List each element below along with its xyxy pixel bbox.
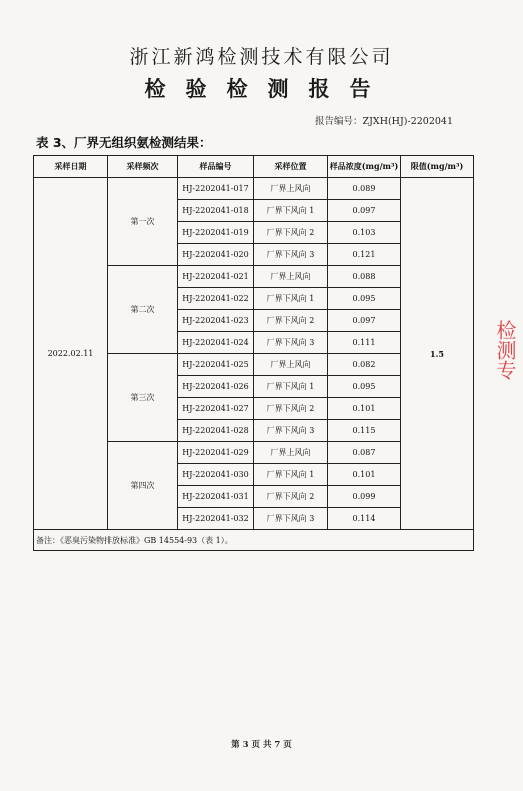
- location-cell: 厂界下风向 1: [254, 288, 328, 310]
- sample-id-cell: HJ-2202041-027: [178, 398, 254, 420]
- sampling-frequency-cell: 第二次: [108, 266, 178, 354]
- sampling-frequency-cell: 第一次: [108, 178, 178, 266]
- header-sample-id: 样品编号: [178, 156, 254, 178]
- concentration-cell: 0.095: [328, 288, 401, 310]
- header-sampling-date: 采样日期: [34, 156, 108, 178]
- location-cell: 厂界上风向: [254, 354, 328, 376]
- sample-id-cell: HJ-2202041-023: [178, 310, 254, 332]
- sample-id-cell: HJ-2202041-028: [178, 420, 254, 442]
- concentration-cell: 0.089: [328, 178, 401, 200]
- concentration-cell: 0.099: [328, 486, 401, 508]
- sample-id-cell: HJ-2202041-029: [178, 442, 254, 464]
- location-cell: 厂界下风向 2: [254, 486, 328, 508]
- sampling-frequency-cell: 第四次: [108, 442, 178, 530]
- concentration-cell: 0.121: [328, 244, 401, 266]
- sample-id-cell: HJ-2202041-021: [178, 266, 254, 288]
- location-cell: 厂界下风向 2: [254, 310, 328, 332]
- location-cell: 厂界上风向: [254, 178, 328, 200]
- sample-id-cell: HJ-2202041-025: [178, 354, 254, 376]
- sample-id-cell: HJ-2202041-024: [178, 332, 254, 354]
- sample-id-cell: HJ-2202041-032: [178, 508, 254, 530]
- table-note: 备注：《恶臭污染物排放标准》GB 14554-93（表 1）。: [34, 530, 474, 551]
- header-concentration: 样品浓度(mg/m³): [328, 156, 401, 178]
- sample-id-cell: HJ-2202041-018: [178, 200, 254, 222]
- ammonia-results-table: 采样日期 采样频次 样品编号 采样位置 样品浓度(mg/m³) 限值(mg/m³…: [33, 155, 474, 551]
- concentration-cell: 0.111: [328, 332, 401, 354]
- sampling-date-cell: 2022.02.11: [34, 178, 108, 530]
- concentration-cell: 0.087: [328, 442, 401, 464]
- location-cell: 厂界下风向 2: [254, 398, 328, 420]
- location-cell: 厂界下风向 3: [254, 420, 328, 442]
- concentration-cell: 0.095: [328, 376, 401, 398]
- header-sampling-frequency: 采样频次: [108, 156, 178, 178]
- table-title: 表 3、厂界无组织氨检测结果：: [36, 133, 212, 151]
- sample-id-cell: HJ-2202041-019: [178, 222, 254, 244]
- limit-value-cell: 1.5: [401, 178, 474, 530]
- location-cell: 厂界下风向 3: [254, 244, 328, 266]
- concentration-cell: 0.097: [328, 310, 401, 332]
- concentration-cell: 0.101: [328, 398, 401, 420]
- location-cell: 厂界下风向 1: [254, 464, 328, 486]
- location-cell: 厂界下风向 1: [254, 376, 328, 398]
- sampling-frequency-cell: 第三次: [108, 354, 178, 442]
- concentration-cell: 0.115: [328, 420, 401, 442]
- table-row: 2022.02.11第一次HJ-2202041-017厂界上风向0.0891.5: [34, 178, 474, 200]
- location-cell: 厂界下风向 3: [254, 508, 328, 530]
- report-number-label: 报告编号：: [315, 116, 363, 127]
- concentration-cell: 0.101: [328, 464, 401, 486]
- sample-id-cell: HJ-2202041-020: [178, 244, 254, 266]
- location-cell: 厂界上风向: [254, 266, 328, 288]
- concentration-cell: 0.103: [328, 222, 401, 244]
- page-number: 第 3 页 共 7 页: [0, 738, 523, 750]
- report-number-value: ZJXH(HJ)-2202041: [363, 116, 453, 127]
- header-sampling-location: 采样位置: [254, 156, 328, 178]
- sample-id-cell: HJ-2202041-030: [178, 464, 254, 486]
- report-title: 检验检测报告: [0, 73, 523, 103]
- company-name: 浙江新鸿检测技术有限公司: [0, 42, 523, 69]
- concentration-cell: 0.088: [328, 266, 401, 288]
- concentration-cell: 0.114: [328, 508, 401, 530]
- concentration-cell: 0.097: [328, 200, 401, 222]
- report-number: 报告编号：ZJXH(HJ)-2202041: [315, 113, 453, 127]
- note-row: 备注：《恶臭污染物排放标准》GB 14554-93（表 1）。: [34, 530, 474, 551]
- sample-id-cell: HJ-2202041-031: [178, 486, 254, 508]
- location-cell: 厂界下风向 3: [254, 332, 328, 354]
- table-header-row: 采样日期 采样频次 样品编号 采样位置 样品浓度(mg/m³) 限值(mg/m³…: [34, 156, 474, 178]
- header-limit: 限值(mg/m³): [401, 156, 474, 178]
- location-cell: 厂界下风向 2: [254, 222, 328, 244]
- concentration-cell: 0.082: [328, 354, 401, 376]
- sample-id-cell: HJ-2202041-026: [178, 376, 254, 398]
- location-cell: 厂界下风向 1: [254, 200, 328, 222]
- sample-id-cell: HJ-2202041-022: [178, 288, 254, 310]
- sample-id-cell: HJ-2202041-017: [178, 178, 254, 200]
- location-cell: 厂界上风向: [254, 442, 328, 464]
- company-seal-stamp: 检测专: [485, 320, 523, 450]
